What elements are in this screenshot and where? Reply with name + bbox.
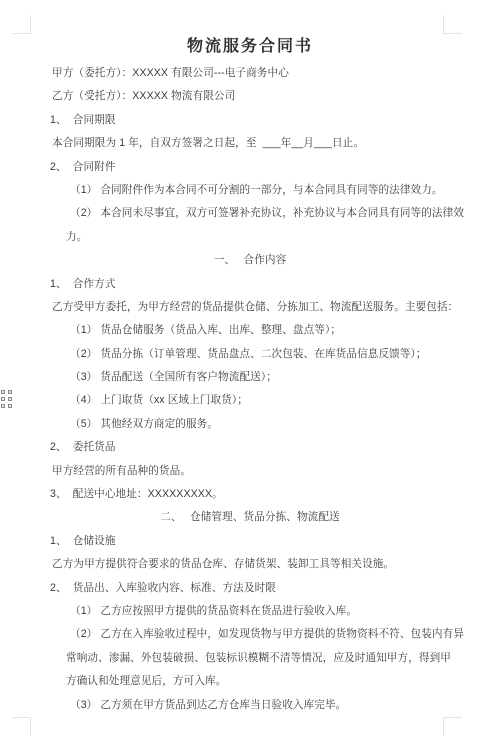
contract-line: 二、 仓储管理、货品分拣、物流配送 — [0, 506, 500, 529]
page-margin-mark-top-right — [443, 15, 462, 34]
contract-line: （1） 合同附件作为本合同不可分割的一部分，与本合同具有同等的法律效力。 — [0, 179, 500, 202]
contract-line: （4） 上门取货（xx 区域上门取货）； — [0, 389, 500, 412]
contract-line: 甲方经营的所有品种的货品。 — [0, 460, 500, 483]
contract-line: 2、 委托货品 — [0, 436, 500, 459]
contract-page: 物流服务合同书 甲方（委托方）：XXXXX 有限公司---电子商务中心乙方（受托… — [0, 0, 500, 736]
contract-line: 3、 配送中心地址：XXXXXXXXX。 — [0, 483, 500, 506]
contract-line: 2、 货品出、入库验收内容、标准、方法及时限 — [0, 577, 500, 600]
contract-line: （3） 乙方须在甲方货品到达乙方仓库当日验收入库完毕。 — [0, 694, 500, 717]
content-lines: 甲方（委托方）：XXXXX 有限公司---电子商务中心乙方（受托方）：XXXXX… — [0, 62, 500, 717]
contract-line: 乙方为甲方提供符合要求的货品仓库、存储货架、装卸工具等相关设施。 — [0, 553, 500, 576]
contract-line: （1） 乙方应按照甲方提供的货品资料在货品进行验收入库。 — [0, 600, 500, 623]
contract-line: 乙方（受托方）：XXXXX 物流有限公司 — [0, 85, 500, 108]
contract-line: 1、 合作方式 — [0, 273, 500, 296]
contract-line: （1） 货品仓储服务（货品入库、出库、整理、盘点等）； — [0, 319, 500, 342]
contract-line: 力。 — [0, 226, 500, 249]
contract-line: （2） 货品分拣（订单管理、货品盘点、二次包装、在库货品信息反馈等）； — [0, 343, 500, 366]
contract-line: 方确认和处理意见后，方可入库。 — [0, 670, 500, 693]
contract-line: 2、 合同附件 — [0, 156, 500, 179]
contract-line: 乙方受甲方委托，为甲方经营的货品提供仓储、分拣加工、物流配送服务。主要包括： — [0, 296, 500, 319]
page-margin-mark-top-left — [12, 15, 31, 34]
contract-line: 常响动、渗漏、外包装破损、包装标识模糊不清等情况，应及时通知甲方，得到甲 — [0, 647, 500, 670]
contract-line: （2） 本合同未尽事宜，双方可签署补充协议，补充协议与本合同具有同等的法律效 — [0, 202, 500, 225]
contract-line: 甲方（委托方）：XXXXX 有限公司---电子商务中心 — [0, 62, 500, 85]
contract-line: （3） 货品配送（全国所有客户物流配送）； — [0, 366, 500, 389]
page-margin-mark-bottom-right — [443, 717, 462, 736]
contract-line: 1、 合同期限 — [0, 109, 500, 132]
contract-line: 本合同期限为 1 年，自双方签署之日起，至 ___年__月___日止。 — [0, 132, 500, 155]
document-title: 物流服务合同书 — [0, 33, 500, 56]
page-margin-mark-bottom-left — [12, 717, 31, 736]
contract-line: 一、 合作内容 — [0, 249, 500, 272]
contract-line: （5） 其他经双方商定的服务。 — [0, 413, 500, 436]
contract-line: 1、 仓储设施 — [0, 530, 500, 553]
contract-line: （2） 乙方在入库验收过程中，如发现货物与甲方提供的货物资料不符、包装内有异 — [0, 623, 500, 646]
